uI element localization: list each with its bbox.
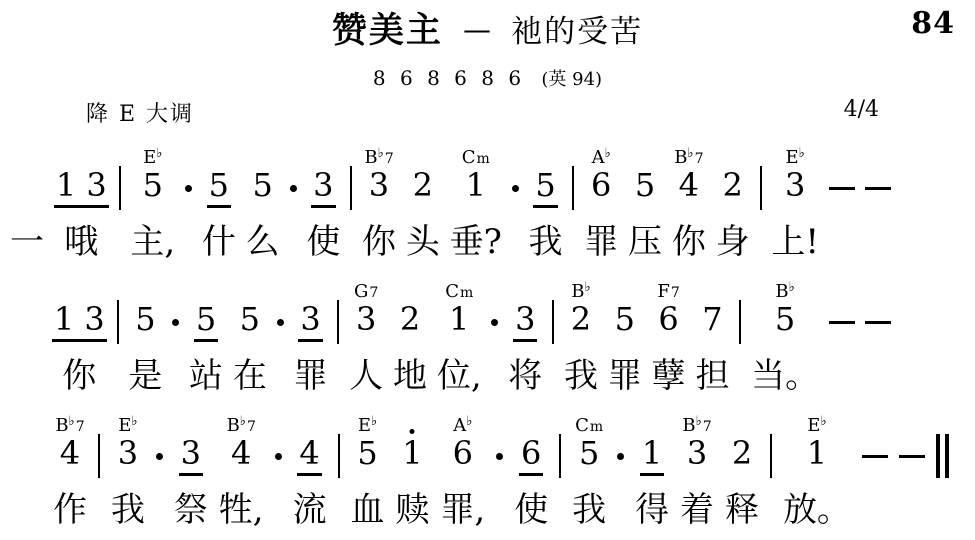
note-digit: 3	[116, 437, 140, 476]
lyric-syllable: 血	[351, 488, 385, 532]
note-number: 4	[229, 435, 253, 477]
dash-glyph	[865, 321, 891, 324]
note-number: 1	[805, 435, 829, 477]
flat-sign: ♭	[156, 147, 162, 160]
lyric-syllable: 作	[53, 488, 87, 532]
note-digit: 1	[805, 437, 829, 476]
chord-suffix: m	[477, 152, 490, 166]
note-extension-dash	[829, 167, 855, 209]
chord-root: E	[118, 417, 131, 435]
dot-glyph	[275, 453, 282, 460]
flat-sign: ♭	[240, 415, 246, 428]
score-column-dot	[491, 276, 498, 398]
score-column-dblbar	[936, 410, 949, 532]
score-column-note: B♭73你	[362, 142, 396, 264]
score-column-note: B♭74你	[672, 142, 706, 264]
note-digit: 5	[577, 437, 601, 476]
score-column-dash	[862, 410, 888, 532]
note-digit: 5	[613, 303, 637, 342]
note-digit: 3	[513, 303, 537, 342]
note-digit: 5	[194, 303, 218, 342]
note-digit: 5	[250, 169, 274, 208]
key-label: 降 E 大调	[86, 97, 194, 128]
score-column-note: 2头	[406, 142, 440, 264]
lyric-syllable: 祭	[174, 488, 208, 532]
score-column-dot	[512, 142, 519, 264]
note-number: 5	[207, 167, 231, 209]
lyric-syllable: 使	[306, 220, 340, 264]
note-number: 2	[720, 167, 744, 209]
dot-glyph	[496, 453, 503, 460]
note-number: 5	[613, 301, 637, 343]
lyric-syllable: 当。	[751, 354, 819, 398]
lyric-syllable: 压	[628, 220, 662, 264]
lyric-syllable: 什	[202, 220, 236, 264]
note-digit: 5	[133, 303, 157, 342]
dot-glyph	[277, 319, 284, 326]
barline-glyph	[739, 300, 741, 344]
chord-label: E♭	[786, 142, 805, 167]
score-column-note: B♭73着	[680, 410, 714, 532]
chord-label: Cm	[445, 276, 473, 301]
score-line: B♭74作E♭3我3祭B♭74牲,4流E♭5血1赎A♭6罪,6使Cm5我1得B♭…	[10, 410, 949, 532]
note-number: 4	[58, 435, 82, 477]
note-number: 5	[133, 301, 157, 343]
lyric-syllable: 头	[406, 220, 440, 264]
dot-glyph	[156, 453, 163, 460]
chord-root: B	[227, 417, 240, 435]
title-main: 赞美主	[332, 11, 443, 51]
note-number: 4	[297, 435, 321, 477]
note-digit: 3	[179, 437, 203, 476]
lyric-syllable: 着	[680, 488, 714, 532]
chord-suffix: 7	[369, 286, 378, 300]
chord-label: E♭	[143, 142, 162, 167]
note-digit: 5	[533, 169, 557, 208]
note-number: 6	[451, 435, 475, 477]
score-column-note: G73人	[349, 276, 383, 398]
note-extension-dash	[865, 301, 891, 343]
lyric-syllable: 身	[716, 220, 750, 264]
barline	[337, 301, 339, 343]
lyric-syllable: 将	[508, 354, 542, 398]
chord-root: E	[143, 149, 156, 167]
score-column-note: E♭5主,	[130, 142, 175, 264]
note-number: 3	[298, 301, 322, 343]
score-column-bar	[338, 410, 340, 532]
note-number: 1	[400, 435, 424, 477]
page-title: 赞美主 — 祂的受苦	[0, 8, 975, 56]
lyric-syllable: 哦	[64, 220, 98, 264]
time-signature: 4/4	[844, 97, 879, 128]
chord-suffix: 7	[703, 420, 712, 434]
note-digit: 5	[141, 169, 165, 208]
barline	[739, 301, 741, 343]
score-column-note: E♭5血	[351, 410, 385, 532]
dotted-rhythm-dot	[277, 301, 284, 343]
note-number: 3	[685, 435, 709, 477]
dot-glyph	[491, 319, 498, 326]
note-number: 5	[633, 167, 657, 209]
barline-glyph	[337, 300, 339, 344]
lyric-syllable: 释	[725, 488, 759, 532]
note-digit: 5	[355, 437, 379, 476]
note-digit: 2	[569, 303, 593, 342]
note-digit: 6	[451, 437, 475, 476]
note-number: 5	[141, 167, 165, 209]
barline-glyph	[338, 434, 340, 478]
note-number: 5	[194, 301, 218, 343]
flat-sign: ♭	[687, 147, 693, 160]
barline-glyph	[117, 300, 119, 344]
note-digit: 1	[464, 169, 488, 208]
chord-root: C	[462, 149, 476, 167]
chord-suffix: m	[460, 286, 473, 300]
lyric-syllable: 位,	[437, 354, 482, 398]
barline	[572, 167, 574, 209]
score-column-dot	[275, 410, 282, 532]
note-digit: 2	[720, 169, 744, 208]
note-digit: 4	[297, 437, 321, 476]
barline-glyph	[770, 434, 772, 478]
note-number: 2	[730, 435, 754, 477]
lyric-syllable: 地	[393, 354, 427, 398]
dot-glyph	[185, 185, 192, 192]
score-column-note: F76孽	[652, 276, 686, 398]
chord-label: Cm	[575, 410, 603, 435]
chord-root: B	[571, 283, 584, 301]
chord-root: C	[575, 417, 589, 435]
flat-sign: ♭	[605, 147, 611, 160]
flat-sign: ♭	[820, 415, 826, 428]
dotted-rhythm-dot	[491, 301, 498, 343]
note-number: 7	[700, 301, 724, 343]
score-column-note: B♭5当。	[751, 276, 819, 398]
chord-label: F7	[657, 276, 679, 301]
score-column-dot	[185, 142, 192, 264]
meter-line: 8 6 8 6 8 6 (英 94)	[0, 65, 975, 91]
note-number: 5	[238, 301, 262, 343]
lyric-syllable: 得	[635, 488, 669, 532]
title-subtitle: 祂的受苦	[511, 14, 643, 50]
note-number: 3	[311, 167, 335, 209]
lyric-syllable: 流	[293, 488, 327, 532]
note-digit: 5	[633, 169, 657, 208]
dash-glyph	[899, 455, 925, 458]
chord-root: B	[55, 417, 68, 435]
score: 一1 3哦E♭5主,5什5么3使B♭73你2头Cm1垂?5我A♭6罪5压B♭74…	[0, 142, 975, 532]
score-column-dash	[899, 410, 925, 532]
score-column-note: 1 3你	[52, 276, 107, 398]
score-column-note: 5什	[202, 142, 236, 264]
score-column-note: A♭6罪,	[440, 410, 485, 532]
score-column-note: E♭3上!	[771, 142, 819, 264]
score-column-note: 5么	[246, 142, 280, 264]
barline	[559, 435, 561, 477]
barline	[770, 435, 772, 477]
note-number: 1	[464, 167, 488, 209]
note-number: 3	[367, 167, 391, 209]
chord-suffix: 7	[695, 152, 704, 166]
score-column-note: 5压	[628, 142, 662, 264]
barline	[117, 301, 119, 343]
lyric-syllable: 垂?	[450, 220, 502, 264]
chord-label: G7	[354, 276, 378, 301]
lyric-syllable: 你	[672, 220, 706, 264]
score-column-note: 3祭	[174, 410, 208, 532]
lyric-syllable: 我	[572, 488, 606, 532]
chord-label: B♭7	[674, 142, 703, 167]
note-digit: 3	[685, 437, 709, 476]
note-number: 3	[179, 435, 203, 477]
chord-suffix: 7	[247, 420, 256, 434]
final-barline	[936, 435, 949, 477]
score-column-dash	[865, 276, 891, 398]
note-number: 6	[656, 301, 680, 343]
score-column-bar	[552, 276, 554, 398]
dotted-rhythm-dot	[156, 435, 163, 477]
dotted-rhythm-dot	[496, 435, 503, 477]
chord-root: B	[775, 283, 788, 301]
note-digit: 3	[354, 303, 378, 342]
flat-sign: ♭	[371, 415, 377, 428]
chord-suffix: 7	[76, 420, 85, 434]
lyric-syllable: 我	[564, 354, 598, 398]
score-column-dot	[617, 410, 624, 532]
note-digit: 1	[447, 303, 471, 342]
note-number: 1	[447, 301, 471, 343]
chord-root: A	[453, 417, 466, 435]
barline-glyph	[760, 166, 762, 210]
lyric-syllable: 罪	[294, 354, 328, 398]
lyric-syllable: 罪,	[440, 488, 485, 532]
chord-label: A♭	[592, 142, 611, 167]
note-digit: 6	[656, 303, 680, 342]
chord-root: F	[657, 283, 670, 301]
hymn-page: 84 赞美主 — 祂的受苦 8 6 8 6 8 6 (英 94) 降 E 大调 …	[0, 0, 975, 540]
final-barline-glyph	[945, 434, 949, 478]
chord-label: E♭	[358, 410, 377, 435]
note-digit: 4	[58, 437, 82, 476]
chord-label: E♭	[807, 410, 826, 435]
note-number: 5	[533, 167, 557, 209]
note-digit: 1	[640, 437, 664, 476]
lyric-syllable: 站	[189, 354, 223, 398]
lyric-syllable: 担	[695, 354, 729, 398]
score-column-note: 5我	[529, 142, 563, 264]
flat-sign: ♭	[799, 147, 805, 160]
score-column-bar	[559, 410, 561, 532]
dot-glyph	[290, 185, 297, 192]
lyric-syllable: 你	[362, 220, 396, 264]
score-column-bar	[98, 410, 100, 532]
lyric-syllable: 在	[233, 354, 267, 398]
chord-root: C	[445, 283, 459, 301]
barline-glyph	[350, 166, 352, 210]
note-extension-dash	[899, 435, 925, 477]
lyric-syllable: 我	[111, 488, 145, 532]
dotted-rhythm-dot	[512, 167, 519, 209]
score-column-note: 1赎	[395, 410, 429, 532]
score-column-note: 5站	[189, 276, 223, 398]
chord-label: B♭	[775, 276, 794, 301]
score-line: 1 3你5是5站5在3罪G73人2地Cm1位,3将B♭2我5罪F76孽7担B♭5…	[10, 276, 891, 398]
chord-label: B♭7	[55, 410, 84, 435]
note-number: 5	[355, 435, 379, 477]
score-column-dot	[156, 410, 163, 532]
dot-glyph	[172, 319, 179, 326]
note-number: 4	[677, 167, 701, 209]
score-column-dot	[496, 410, 503, 532]
final-barline-glyph	[936, 434, 940, 478]
score-column-note: A♭6罪	[584, 142, 618, 264]
score-column-bar	[119, 142, 121, 264]
note-digit: 7	[700, 303, 724, 342]
score-column-dash	[829, 276, 855, 398]
lyric-syllable: 么	[246, 220, 280, 264]
dotted-rhythm-dot	[275, 435, 282, 477]
chord-root: E	[358, 417, 371, 435]
dash-glyph	[862, 455, 888, 458]
lyric-syllable: 赎	[395, 488, 429, 532]
chord-label: B♭	[571, 276, 590, 301]
meter-numbers: 8 6 8 6 8 6	[373, 66, 525, 90]
score-column-note: 3使	[306, 142, 340, 264]
dotted-rhythm-dot	[617, 435, 624, 477]
chord-root: E	[807, 417, 820, 435]
score-column-note: 5在	[233, 276, 267, 398]
score-column-verse: 一	[10, 142, 44, 264]
score-column-note: 1 3哦	[54, 142, 109, 264]
note-number: 1 3	[54, 167, 109, 209]
note-digit: 6	[519, 437, 543, 476]
flat-sign: ♭	[696, 415, 702, 428]
score-column-note: 5罪	[608, 276, 642, 398]
score-column-dash	[865, 142, 891, 264]
note-digit: 3	[367, 169, 391, 208]
lyric-syllable: 孽	[652, 354, 686, 398]
flat-sign: ♭	[69, 415, 75, 428]
score-column-note: B♭74牲,	[219, 410, 264, 532]
chord-root: B	[674, 149, 687, 167]
note-number: 2	[398, 301, 422, 343]
chord-root: B	[682, 417, 695, 435]
score-column-note: 1得	[635, 410, 669, 532]
note-extension-dash	[829, 301, 855, 343]
score-column-note: 6使	[514, 410, 548, 532]
barline	[552, 301, 554, 343]
barline-glyph	[119, 166, 121, 210]
note-number: 1 3	[52, 301, 107, 343]
score-column-bar	[337, 276, 339, 398]
lyric-syllable: 你	[62, 354, 96, 398]
dot-glyph	[512, 185, 519, 192]
note-digit: 5	[207, 169, 231, 208]
note-digit: 5	[773, 303, 797, 342]
dotted-rhythm-dot	[290, 167, 297, 209]
flat-sign: ♭	[789, 281, 795, 294]
flat-sign: ♭	[585, 281, 591, 294]
dash-glyph	[829, 321, 855, 324]
lyric-syllable: 上!	[771, 220, 819, 264]
score-line: 一1 3哦E♭5主,5什5么3使B♭73你2头Cm1垂?5我A♭6罪5压B♭74…	[10, 142, 891, 264]
note-number: 3	[116, 435, 140, 477]
score-column-verse	[10, 276, 42, 398]
note-number: 6	[519, 435, 543, 477]
note-number: 3	[783, 167, 807, 209]
score-column-dot	[290, 142, 297, 264]
note-extension-dash	[865, 167, 891, 209]
note-number: 2	[411, 167, 435, 209]
score-column-note: 2地	[393, 276, 427, 398]
chord-suffix: m	[590, 420, 603, 434]
chord-root: B	[364, 149, 377, 167]
dash-glyph	[829, 187, 855, 190]
barline-glyph	[572, 166, 574, 210]
score-column-note: Cm1位,	[437, 276, 482, 398]
note-digit-high-octave: 1	[400, 437, 424, 476]
dot-glyph	[617, 453, 624, 460]
chord-label: E♭	[118, 410, 137, 435]
score-column-bar	[350, 142, 352, 264]
note-digit: 5	[238, 303, 262, 342]
title-separator-dash: —	[463, 13, 491, 46]
score-column-note: 7担	[695, 276, 729, 398]
verse-number: 一	[10, 220, 44, 264]
page-number: 84	[911, 6, 955, 41]
score-column-dot	[172, 276, 179, 398]
score-column-bar	[770, 410, 772, 532]
lyric-syllable: 我	[529, 220, 563, 264]
note-number: 5	[250, 167, 274, 209]
barline-glyph	[552, 300, 554, 344]
lyric-syllable: 是	[128, 354, 162, 398]
header: 84 赞美主 — 祂的受苦 8 6 8 6 8 6 (英 94) 降 E 大调 …	[0, 0, 975, 128]
score-column-note: Cm1垂?	[450, 142, 502, 264]
score-column-bar	[760, 142, 762, 264]
score-column-note: E♭1放。	[783, 410, 851, 532]
dotted-rhythm-dot	[185, 167, 192, 209]
flat-sign: ♭	[378, 147, 384, 160]
lyric-syllable: 牲,	[219, 488, 264, 532]
note-number: 5	[773, 301, 797, 343]
note-number: 6	[589, 167, 613, 209]
score-column-note: 2身	[716, 142, 750, 264]
chord-root: E	[786, 149, 799, 167]
chord-root: G	[354, 283, 368, 301]
note-number: 2	[569, 301, 593, 343]
barline	[119, 167, 121, 209]
flat-sign: ♭	[131, 415, 137, 428]
note-digit: 3	[783, 169, 807, 208]
score-column-bar	[117, 276, 119, 398]
chord-suffix: 7	[385, 152, 394, 166]
note-number: 1	[640, 435, 664, 477]
note-digit: 2	[398, 303, 422, 342]
score-column-note: 4流	[293, 410, 327, 532]
score-column-note: 5是	[128, 276, 162, 398]
chord-label: A♭	[453, 410, 472, 435]
lyric-syllable: 人	[349, 354, 383, 398]
score-column-dot	[277, 276, 284, 398]
lyric-syllable: 放。	[783, 488, 851, 532]
note-number: 3	[354, 301, 378, 343]
score-column-dash	[829, 142, 855, 264]
dash-glyph	[865, 187, 891, 190]
note-number: 5	[577, 435, 601, 477]
score-column-note: E♭3我	[111, 410, 145, 532]
chord-label: B♭7	[227, 410, 256, 435]
